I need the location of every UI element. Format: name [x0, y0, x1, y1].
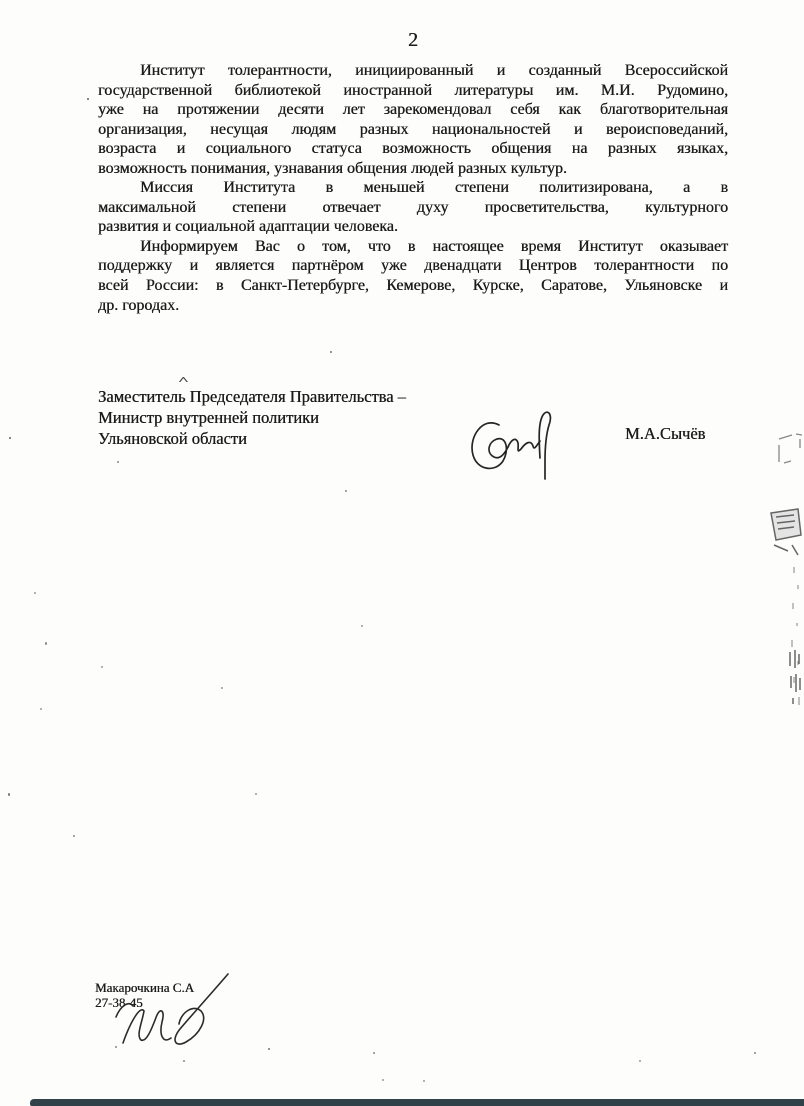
- signer-name: М.А.Сычёв: [625, 424, 705, 444]
- speckle: [382, 1079, 384, 1081]
- text-line: Миссия Института в меньшей степени полит…: [98, 178, 728, 198]
- speckle: [8, 793, 10, 796]
- speckle: [117, 461, 119, 463]
- text-line: развития и социальной адаптации человека…: [98, 217, 728, 237]
- text-line: уже на протяжении десяти лет зарекомендо…: [98, 100, 728, 120]
- scanned-letter-page: 2 Институт толерантности, инициированный…: [0, 0, 804, 1106]
- speckle: [639, 1060, 641, 1062]
- text-line: поддержку и является партнёром уже двена…: [98, 256, 728, 276]
- paragraph: Миссия Института в меньшей степени полит…: [98, 178, 728, 237]
- text-line: Информируем Вас о том, что в настоящее в…: [98, 237, 728, 257]
- scan-artifact: [776, 432, 804, 468]
- text-line: возраста и социального статуса возможнос…: [98, 139, 728, 159]
- scan-artifact: [764, 505, 804, 560]
- speckle: [87, 98, 89, 100]
- handwritten-signature-icon: [455, 403, 570, 488]
- bottom-scan-bar: [30, 1099, 804, 1106]
- signature-block: Заместитель Председателя Правительства –…: [98, 386, 406, 449]
- speckle: [754, 1052, 756, 1054]
- official-title-line: Заместитель Председателя Правительства –: [98, 386, 406, 407]
- speckle: [9, 437, 11, 439]
- text-line: возможность понимания, узнавания общения…: [98, 159, 728, 179]
- speckle: [221, 687, 223, 689]
- speckle: [73, 835, 75, 837]
- page-number: 2: [408, 29, 418, 52]
- handwritten-signature-icon: [108, 965, 243, 1055]
- speckle: [268, 1048, 270, 1050]
- speckle: [345, 490, 347, 492]
- official-title-line: Ульяновской области: [98, 428, 406, 449]
- speckle: [115, 1046, 117, 1048]
- scan-artifact: [786, 648, 804, 706]
- speckle: [255, 793, 257, 795]
- text-line: государственной библиотекой иностранной …: [98, 81, 728, 101]
- text-line: др. городах.: [98, 296, 728, 316]
- speckle: [40, 708, 42, 710]
- text-line: максимальной степени отвечает духу просв…: [98, 198, 728, 218]
- scan-artifact: ˄: [178, 374, 188, 386]
- letter-body: Институт толерантности, инициированный и…: [98, 61, 728, 315]
- speckle: [361, 625, 363, 627]
- speckle: [101, 666, 103, 668]
- paragraph: Информируем Вас о том, что в настоящее в…: [98, 237, 728, 315]
- speckle: [183, 1060, 185, 1062]
- speckle: [423, 1080, 425, 1082]
- speckle: [330, 351, 332, 353]
- text-line: организация, несущая людям разных национ…: [98, 120, 728, 140]
- speckle: [45, 642, 47, 645]
- speckle: [373, 1052, 375, 1054]
- speckle: [34, 592, 36, 594]
- text-line: всей России: в Санкт-Петербурге, Кемеров…: [98, 276, 728, 296]
- text-line: Институт толерантности, инициированный и…: [98, 61, 728, 81]
- official-title-line: Министр внутренней политики: [98, 407, 406, 428]
- paragraph: Институт толерантности, инициированный и…: [98, 61, 728, 178]
